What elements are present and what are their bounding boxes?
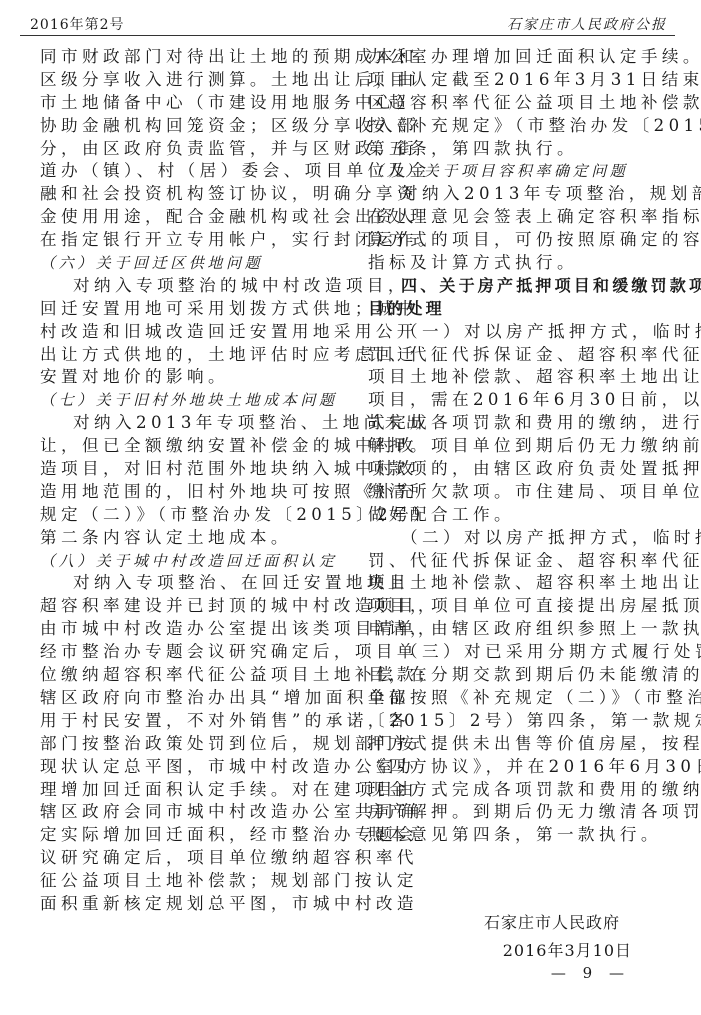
text-line: 缴清所欠款项。市住建局、项目单位负责 [368, 481, 668, 504]
text-line: 做好配合工作。 [368, 504, 668, 527]
text-line: 现状认定总平图，市城中村改造办公室办 [40, 756, 340, 779]
text-line: 由市城中村改造办公室提出该类项目清单， [40, 618, 340, 641]
text-line: 金使用用途，配合金融机构或社会出资人 [40, 206, 340, 229]
page-header: 2016年第2号 石家庄市人民政府公报 [20, 0, 675, 36]
text-line: 道办（镇）、村（居）委会、项目单位及金 [40, 160, 340, 183]
text-line: 区级分享收入进行测算。土地出让后，由 [40, 69, 340, 92]
text-line: 项目认定截至2016年3月31日结束。回迁 [368, 69, 668, 92]
text-line: 现金方式完成各项罚款和费用的缴纳，进行 [368, 779, 668, 802]
text-line: 议研究确定后，项目单位缴纳超容积率代 [40, 847, 340, 870]
text-line: 《四方协议》，并在2016年6月30日前，以 [368, 756, 668, 779]
text-line: 超容积率建设并已封顶的城中村改造项目， [40, 595, 340, 618]
section-heading: （九）关于项目容积率确定问题 [368, 160, 668, 183]
text-line: 项目，需在2016年6月30日前，以现金方 [368, 389, 668, 412]
text-line: 辖区政府向市整治办出具“增加面积全部 [40, 687, 340, 710]
text-line: 项目，项目单位可直接提出房屋抵顶处罚 [368, 595, 668, 618]
text-line: 融和社会投资机构签订协议，明确分享资 [40, 183, 340, 206]
text-line: 对纳入2013年专项整治、土地尚未出 [40, 412, 340, 435]
text-line: （二）对以房产抵押方式，临时抵顶处 [368, 527, 668, 550]
text-line: 协助金融机构回笼资金；区级分享收入部 [40, 115, 340, 138]
journal-title: 石家庄市人民政府公报 [507, 14, 667, 34]
text-line: 第五条，第四款执行。 [368, 138, 668, 161]
text-line: 安置对地价的影响。 [40, 366, 340, 389]
page-number: — 9 — [370, 964, 670, 982]
text-line: （一）对以房产抵押方式，临时抵顶处 [368, 321, 668, 344]
signature-organization: 石家庄市人民政府 [370, 910, 670, 933]
text-line: 用于村民安置，不对外销售”的承诺，各 [40, 710, 340, 733]
text-line: 村改造和旧城改造回迁安置用地采用公开 [40, 321, 340, 344]
chapter-heading: 目的处理 [368, 298, 668, 321]
text-line: 市土地储备中心（市建设用地服务中心） [40, 92, 340, 115]
text-line: 面积重新核定规划总平图，市城中村改造 [40, 893, 340, 916]
text-line: 回迁安置用地可采用划拨方式供地；城中 [40, 298, 340, 321]
right-column: 办公室办理增加回迁面积认定手续。该类项目认定截至2016年3月31日结束。回迁区… [368, 46, 668, 847]
text-line: 同市财政部门对待出让土地的预期成本和 [40, 46, 340, 69]
text-line: 申请，由辖区政府组织参照上一款执行。 [368, 618, 668, 641]
text-line: 式完成各项罚款和费用的缴纳，进行房产 [368, 412, 668, 435]
text-line: 出让方式供地的，土地评估时应考虑回迁 [40, 344, 340, 367]
text-line: 指标及计算方式执行。 [368, 252, 668, 275]
text-line: 分，由区政府负责监管，并与区财政、街 [40, 138, 340, 161]
left-column: 同市财政部门对待出让土地的预期成本和区级分享收入进行测算。土地出让后，由市土地储… [40, 46, 340, 916]
text-line: 单位按照《补充规定（二）》（市整治办发 [368, 687, 668, 710]
text-line: 让，但已全额缴纳安置补偿金的城中村改 [40, 435, 340, 458]
text-line: 经市整治办专题会议研究确定后，项目单 [40, 641, 340, 664]
text-line: 造用地范围的，旧村外地块可按照《补充 [40, 481, 340, 504]
text-line: 对纳入专项整治、在回迁安置地块上 [40, 572, 340, 595]
text-line: 项款项的，由辖区政府负责处置抵押房产、 [368, 458, 668, 481]
text-line: 在指定银行开立专用帐户，实行封闭运作。 [40, 229, 340, 252]
text-line: 在处理意见会签表上确定容积率指标及计 [368, 206, 668, 229]
text-line: 目，在分期交款到期后仍未能缴清的，项目 [368, 664, 668, 687]
text-line: 算方式的项目，可仍按照原确定的容积率 [368, 229, 668, 252]
section-heading: （六）关于回迁区供地问题 [40, 252, 340, 275]
text-line: 房产解押。到期后仍无力缴清各项罚款，按 [368, 801, 668, 824]
chapter-heading: 四、关于房产抵押项目和缓缴罚款项 [368, 275, 668, 298]
signature-date: 2016年3月10日 [370, 938, 670, 961]
text-line: 部门按整治政策处罚到位后，规划部门按 [40, 733, 340, 756]
text-line: 规定（二）》（市整治办发〔2015〕2号） [40, 504, 340, 527]
text-line: 〔2015〕2号）第四条，第一款规定以房产抵 [368, 710, 668, 733]
text-line: 对纳入专项整治的城中村改造项目， [40, 275, 340, 298]
text-line: （三）对已采用分期方式履行处罚的项 [368, 641, 668, 664]
issue-number: 2016年第2号 [30, 14, 125, 34]
text-line: 项目土地补偿款、超容积率土地出让金的 [368, 572, 668, 595]
text-line: 罚、代征代拆保证金、超容积率代征公益 [368, 550, 668, 573]
section-heading: （八）关于城中村改造回迁面积认定 [40, 550, 340, 573]
text-line: 理增加回迁面积认定手续。对在建项目由 [40, 779, 340, 802]
text-line: 辖区政府会同市城中村改造办公室共同确 [40, 801, 340, 824]
text-line: 对纳入2013年专项整治，规划部门已 [368, 183, 668, 206]
text-line: 位缴纳超容积率代征公益项目土地补偿款； [40, 664, 340, 687]
text-line: 项目土地补偿款、超容积率土地出让金的 [368, 366, 668, 389]
text-line: 定实际增加回迁面积，经市整治办专题会 [40, 824, 340, 847]
text-line: 照本意见第四条，第一款执行。 [368, 824, 668, 847]
text-line: 区超容积率代征公益项目土地补偿款标准 [368, 92, 668, 115]
text-line: 征公益项目土地补偿款；规划部门按认定 [40, 870, 340, 893]
text-line: 罚、代征代拆保证金、超容积率代征公益 [368, 344, 668, 367]
text-line: 押方式提供未出售等价值房屋，按程序签订 [368, 733, 668, 756]
text-line: 按《补充规定》（市整治办发〔2015〕1号） [368, 115, 668, 138]
text-line: 办公室办理增加回迁面积认定手续。该类 [368, 46, 668, 69]
text-line: 解押。项目单位到期后仍无力缴纳前述各 [368, 435, 668, 458]
text-line: 造项目，对旧村范围外地块纳入城中村改 [40, 458, 340, 481]
section-heading: （七）关于旧村外地块土地成本问题 [40, 389, 340, 412]
text-line: 第二条内容认定土地成本。 [40, 527, 340, 550]
